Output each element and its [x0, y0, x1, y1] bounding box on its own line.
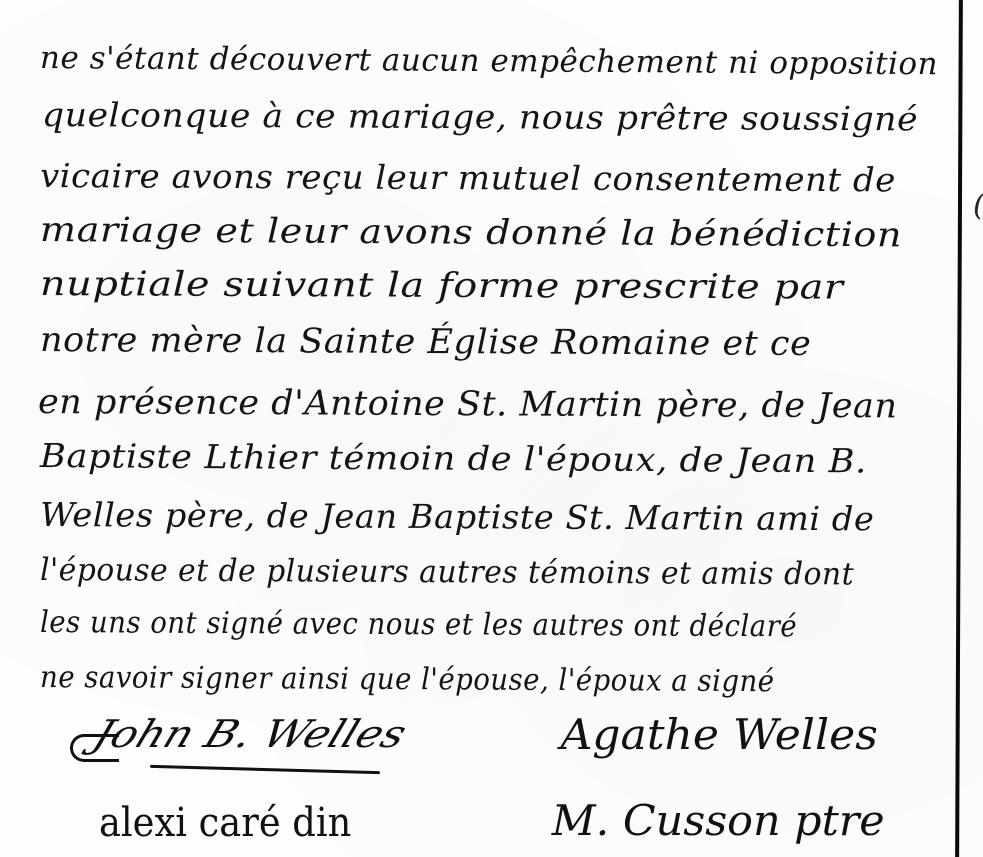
signature-underline [150, 765, 380, 774]
document-page: ne s'étant découvert aucun empêchement n… [0, 0, 983, 857]
manuscript-line-11: les uns ont signé avec nous et les autre… [40, 605, 797, 644]
manuscript-line-5: nuptiale suivant la forme prescrite par [40, 264, 844, 308]
manuscript-line-4: mariage et leur avons donné la bénédicti… [40, 210, 902, 255]
manuscript-line-7: en présence d'Antoine St. Martin père, d… [38, 382, 898, 426]
manuscript-line-12: ne savoir signer ainsi que l'épouse, l'é… [40, 660, 775, 699]
manuscript-line-8: Baptiste Lthier témoin de l'époux, de Je… [40, 436, 867, 480]
signature-bride: Agathe Welles [560, 710, 877, 759]
manuscript-line-1: ne s'étant découvert aucun empêchement n… [40, 40, 938, 82]
manuscript-line-3: vicaire avons reçu leur mutuel consentem… [40, 156, 896, 199]
manuscript-line-2: quelconque à ce mariage, nous prêtre sou… [42, 95, 918, 138]
manuscript-line-6: notre mère la Sainte Église Romaine et c… [40, 320, 812, 364]
signature-witness: alexi caré din [99, 800, 351, 846]
margin-mark: ( [973, 188, 983, 223]
signature-priest: M. Cusson ptre [552, 796, 885, 845]
manuscript-line-9: Welles père, de Jean Baptiste St. Martin… [40, 495, 875, 538]
page-margin-rule [955, 0, 963, 857]
manuscript-line-10: l'épouse et de plusieurs autres témoins … [40, 552, 854, 592]
signature-groom: John B. Welles [87, 712, 412, 756]
